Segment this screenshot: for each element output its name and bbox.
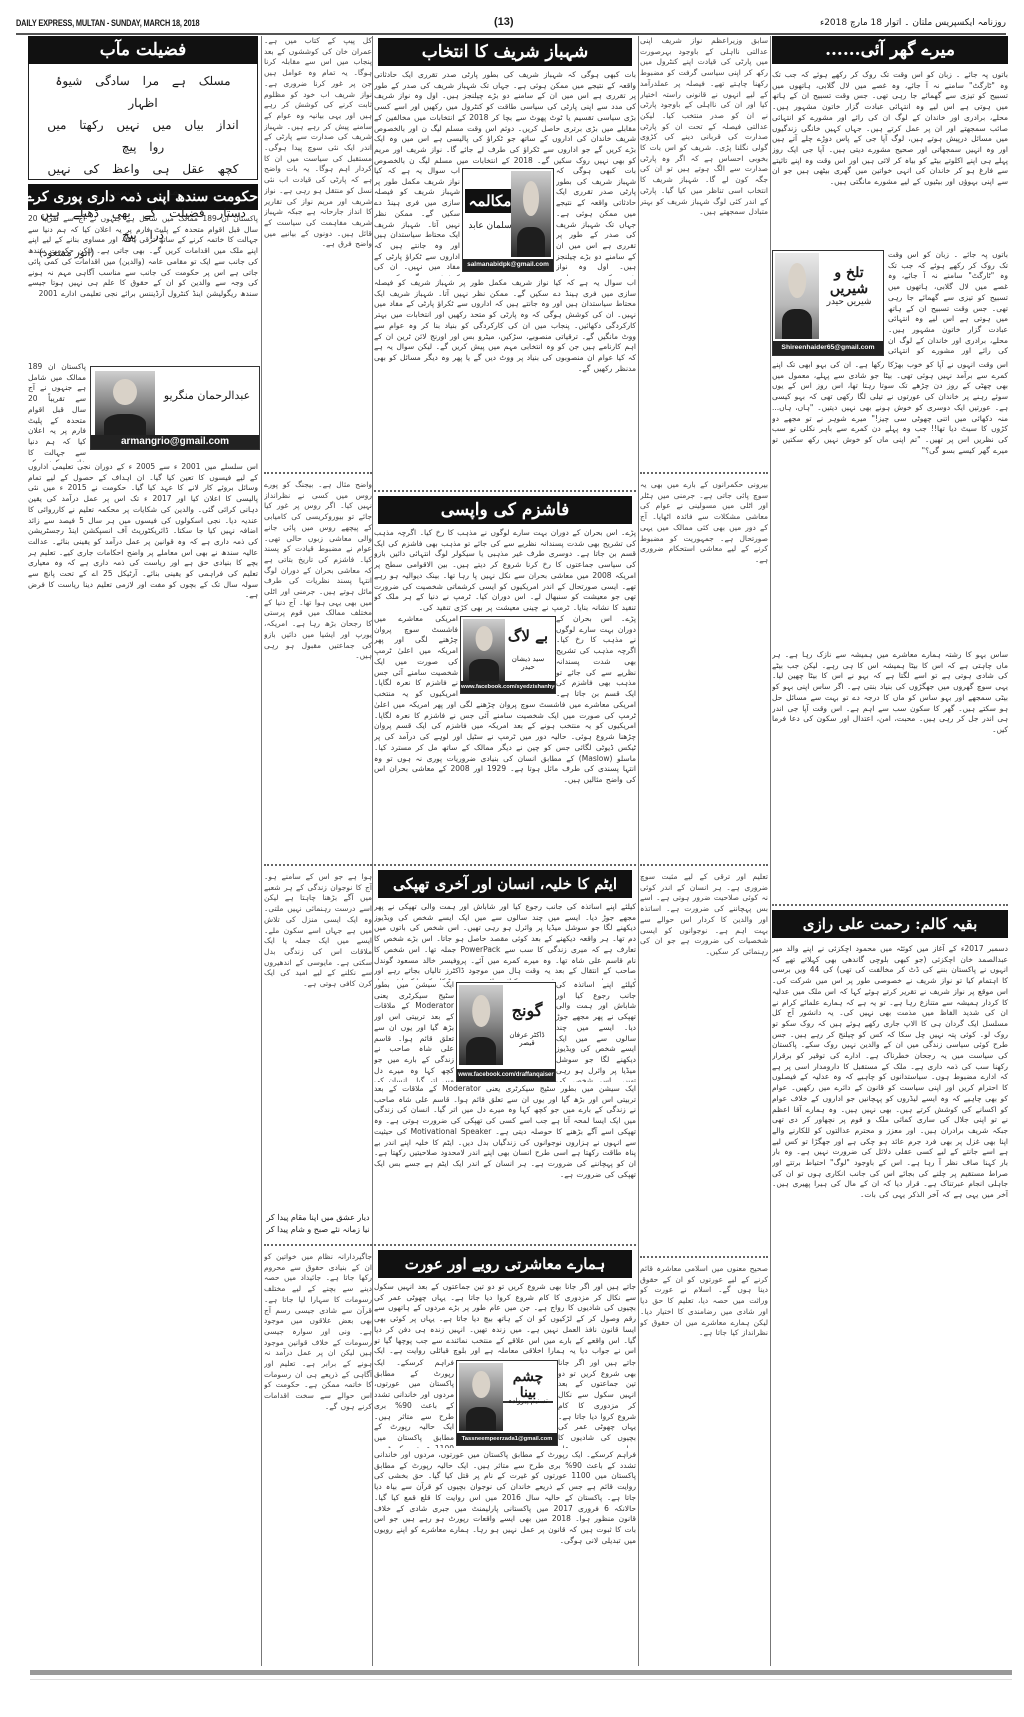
article-text: پڑے۔ اس بحران کے دوران بہت سارے لوگوں نے…	[374, 528, 636, 614]
article-title-shahbaz: شہباز شریف کا انتخاب	[378, 38, 632, 66]
article-text: فراہم کرسکے۔ ایک رپورٹ کے مطابق پاکستان …	[374, 1450, 636, 1640]
article-text: ساس بہو کا رشتہ ہمارے معاشرے میں ہمیشہ س…	[772, 650, 1008, 900]
article-text: باتوں پہ جائے ۔ زبان کو اس وقت تک روک کر…	[772, 70, 1008, 246]
columnist-url: www.facebook.com/syedzishanhyder	[461, 681, 555, 693]
article-text: ایک سیشن میں بطور سٹیج سیکرٹری یعنی Mode…	[374, 980, 454, 1082]
columnist-box: عبدالرحمان منگریو armangrio@gmail.com	[90, 366, 260, 450]
newspaper-page: DAILY EXPRESS, MULTAN - SUNDAY, MARCH 18…	[0, 0, 1024, 1717]
columnist-email: Tassneempeerzada1@gmail.com	[457, 1433, 557, 1445]
continuation-text: ہوا ہے جو اس کے سامنے ہو۔ آج کا نوجوان ز…	[264, 872, 372, 1212]
continuation-text: سابق وزیراعظم نواز شریف اپنی عدالتی نااہ…	[640, 36, 768, 468]
article-text: کیلئے اپنے اساتذہ کی جانب رجوع کیا اور ش…	[556, 980, 636, 1082]
article-title-home: میرے گھر آئی......	[772, 36, 1008, 64]
article-fascism: پڑے۔ اس بحران کے دوران بہت سارے لوگوں نے…	[374, 528, 636, 860]
column-divider	[770, 36, 771, 1666]
masthead-rule	[16, 33, 1006, 35]
section-divider	[264, 1244, 372, 1246]
column-narrow-continuation-2: سابق وزیراعظم نواز شریف اپنی عدالتی نااہ…	[640, 36, 768, 1664]
section-divider	[264, 864, 372, 866]
poem-title: فضیلت مآب	[28, 36, 258, 64]
columnist-area: عبدالرحمان منگریو armangrio@gmail.com پا…	[28, 362, 258, 462]
columnist-photo	[511, 171, 551, 257]
article-text: اس وقت انہوں نے آپا کو خوب بھڑکا رکھا ہے…	[772, 360, 1008, 650]
article-text: دسمبر 2017ء کے آغاز میں کوئٹہ میں محمود …	[772, 944, 1008, 1668]
column-narrow-continuation: کل پیپ کے کتاب میں ہے۔ عمران خان کی کوشش…	[264, 36, 372, 1652]
poem-line: مسلک ہے مرا سادگی شیوۂ اظہار	[39, 70, 247, 114]
poem-line: انداز بیاں میں نہیں رکھتا میں روا پیچ	[39, 114, 247, 158]
continuation-text: بیرونی حکمرانوں کے بارے میں بھی یہ سوچ پ…	[640, 480, 768, 860]
article-title-fascism: فاشزم کی واپسی	[378, 496, 632, 524]
column-center: شہباز شریف کا انتخاب بات کبھی ہوگی کہ شہ…	[374, 36, 636, 1640]
article-text: اب سوال یہ ہے کہ کیا نواز شریف مکمل طور …	[374, 278, 636, 486]
columnist-name: ڈاکٹر عرفان قیصر	[503, 1031, 551, 1047]
masthead-urdu: روزنامہ ایکسپریس ملتان ۔ اتوار 18 مارچ 2…	[820, 18, 1006, 28]
article-home: باتوں پہ جائے ۔ زبان کو اس وقت تک روک کر…	[772, 70, 1008, 900]
columnist-box: بے لاگ سید ذیشان حیدر www.facebook.com/s…	[460, 616, 556, 694]
columnist-url: www.facebook.com/draffanqaiser	[457, 1069, 555, 1081]
article-title-atom: ایٹم کا خلیہ، انسان اور آخری تھپکی	[378, 870, 632, 898]
columnist-name: تسنیم پیرزادہ	[503, 1397, 553, 1405]
columnist-photo	[775, 253, 819, 339]
section-divider	[374, 490, 636, 492]
columnist-name: شیریں حیدر	[819, 297, 879, 307]
column-logo: مکالمہ	[465, 189, 515, 213]
section-divider	[640, 1256, 768, 1258]
section-divider	[374, 864, 636, 866]
article-text: بات کبھی ہوگی کہ شہباز شریف کی بطور پارٹ…	[556, 166, 636, 276]
article-atom: کیلئے اپنے اساتذہ کی جانب رجوع کیا اور ش…	[374, 902, 636, 1240]
article-text: جاتے ہیں اور اگر جانا بھی شروع کریں تو د…	[374, 1282, 636, 1358]
article-text: ایک سیشن میں بطور سٹیج سیکرٹری یعنی Mode…	[374, 1084, 636, 1240]
columnist-name: سید ذیشان حیدر	[505, 655, 551, 671]
poem-box: مسلک ہے مرا سادگی شیوۂ اظہار انداز بیاں …	[28, 64, 258, 180]
column-logo: گونج	[503, 1001, 551, 1020]
verse-line: نیا زمانہ نئے صبح و شام پیدا کر	[264, 1224, 372, 1236]
article-title-continued: بقیہ کالم: رحمت علی رازی	[772, 910, 1008, 938]
columnist-photo	[463, 619, 505, 681]
columnist-name: عبدالرحمان منگریو	[159, 389, 255, 402]
columnist-photo	[459, 985, 503, 1065]
columnist-photo	[459, 1363, 503, 1431]
article-text: پڑے۔ اس بحران کے دوران بہت سارے لوگوں نے…	[556, 614, 636, 698]
article-text: بات کبھی ہوگی کہ شہباز شریف کی بطور پارٹ…	[374, 70, 636, 166]
editorial-body: اس سلسلے میں 2001 ء سے 2005 ء کے دوران ن…	[28, 462, 258, 1602]
article-title-women: ہمارے معاشرتی رویے اور عورت	[378, 1250, 632, 1278]
article-text: جاتے ہیں اور اگر جانا بھی شروع کریں تو د…	[558, 1358, 636, 1448]
footer-rule-thin	[30, 1679, 1012, 1680]
article-text: کیلئے اپنے اساتذہ کی جانب رجوع کیا اور ش…	[374, 902, 636, 980]
section-divider	[640, 472, 768, 474]
section-divider	[374, 1244, 636, 1246]
page-number: (13)	[494, 16, 514, 28]
continuation-text: تعلیم اور ترقی کے لیے مثبت سوچ ضروری ہے۔…	[640, 872, 768, 1252]
column-editorial: فضیلت مآب مسلک ہے مرا سادگی شیوۂ اظہار ا…	[28, 36, 258, 1602]
article-text: فراہم کرسکے۔ ایک رپورٹ کے مطابق پاکستان …	[374, 1358, 454, 1448]
article-women: جاتے ہیں اور اگر جانا بھی شروع کریں تو د…	[374, 1282, 636, 1640]
columnist-email: salmanabidpk@gmail.com	[463, 259, 553, 271]
article-text: اب سوال یہ ہے کہ کیا نواز شریف مکمل طور …	[374, 166, 460, 276]
section-divider	[772, 904, 1008, 906]
article-text: امریکی معاشرے میں فاشسٹ سوچ پروان چڑھنے …	[374, 700, 636, 860]
article-shahbaz: بات کبھی ہوگی کہ شہباز شریف کی بطور پارٹ…	[374, 70, 636, 486]
column-right: میرے گھر آئی...... باتوں پہ جائے ۔ زبان …	[772, 36, 1008, 1668]
columnist-box: گونج ڈاکٹر عرفان قیصر www.facebook.com/d…	[456, 982, 556, 1082]
column-logo: تلخ و شیریں	[819, 265, 879, 297]
article-text: امریکی معاشرے میں فاشسٹ سوچ پروان چڑھنے …	[374, 614, 458, 698]
section-divider	[264, 472, 372, 474]
continuation-text: صحیح معنوں میں اسلامی معاشرہ قائم کرنے ک…	[640, 1264, 768, 1664]
columnist-photo	[95, 371, 155, 437]
editorial-title: حکومت سندھ اپنی ذمہ داری پوری کرے	[28, 184, 258, 210]
column-divider	[638, 36, 639, 1666]
columnist-box: تلخ و شیریں شیریں حیدر Shireenhaider65@g…	[772, 250, 884, 356]
column-logo: بے لاگ	[505, 627, 551, 645]
article-text: باتوں پہ جائے ۔ زبان کو اس وقت تک روک کر…	[888, 250, 1008, 356]
columnist-email: armangrio@gmail.com	[91, 435, 259, 449]
columnist-name: سلمان عابد	[465, 221, 515, 231]
columnist-box: مکالمہ سلمان عابد salmanabidpk@gmail.com	[462, 168, 554, 272]
columnist-box: چشم بینا تسنیم پیرزادہ Tassneempeerzada1…	[456, 1360, 558, 1446]
columnist-email: Shireenhaider65@gmail.com	[773, 341, 883, 355]
verse: دیار عشق میں اپنا مقام پیدا کر نیا زمانہ…	[264, 1212, 372, 1236]
column-divider	[261, 36, 262, 1666]
verse-line: دیار عشق میں اپنا مقام پیدا کر	[264, 1212, 372, 1224]
editorial-intro: پاکستان ان 189 ممالک میں شامل ہے جنہوں ن…	[28, 214, 258, 362]
column-divider	[372, 36, 373, 1666]
continuation-text: کل پیپ کے کتاب میں ہے۔ عمران خان کی کوشش…	[264, 36, 372, 468]
footer-rule	[30, 1670, 1012, 1675]
editorial-text-wrap: پاکستان ان 189 ممالک میں شامل ہے جنہوں ن…	[28, 362, 86, 462]
section-divider	[640, 864, 768, 866]
continuation-text: واضح مثال ہے۔ بیجنگ کو پورے روس میں کسی …	[264, 480, 372, 860]
masthead-english: DAILY EXPRESS, MULTAN - SUNDAY, MARCH 18…	[16, 18, 199, 28]
masthead: DAILY EXPRESS, MULTAN - SUNDAY, MARCH 18…	[16, 18, 1006, 32]
continuation-text: جاگیردارانہ نظام میں خواتین کو ان کے بنی…	[264, 1252, 372, 1652]
